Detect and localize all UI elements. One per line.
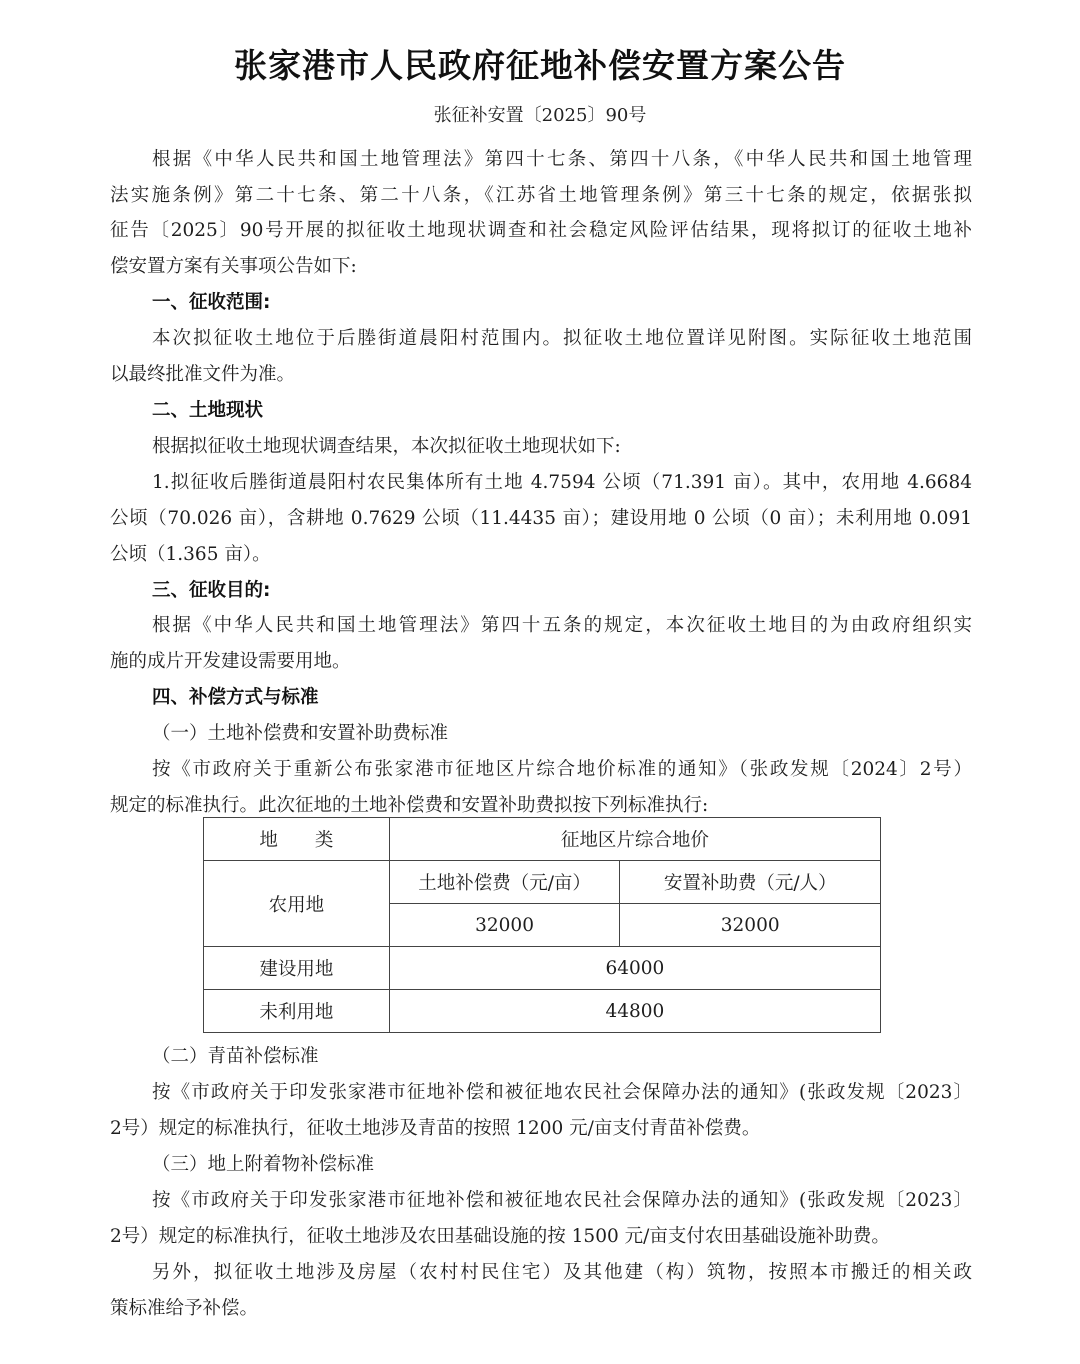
paragraph-line: 本次拟征收土地位于后塍街道晨阳村范围内。拟征收土地位置详见附图。实际征收土地范围 <box>152 324 972 350</box>
compensation-price-table: 地 类 征地区片综合地价 农用地 土地补偿费（元/亩） 安置补助费（元/人） 3… <box>203 817 881 1033</box>
paragraph-line: 公顷（1.365 亩）。 <box>110 540 972 566</box>
paragraph-line: 按《市政府关于印发张家港市征地补偿和被征地农民社会保障办法的通知》(张政发规〔2… <box>152 1186 972 1212</box>
paragraph-line: 公顷（70.026 亩），含耕地 0.7629 公顷（11.4435 亩）；建设… <box>110 504 972 530</box>
header-land-compensation: 土地补偿费（元/亩） <box>389 861 620 904</box>
intro-line: 法实施条例》第二十七条、第二十八条，《江苏省土地管理条例》第三十七条的规定，依据… <box>110 181 972 207</box>
intro-line: 偿安置方案有关事项公告如下: <box>110 252 972 278</box>
paragraph-line: 2号）规定的标准执行，征收土地涉及青苗的按照 1200 元/亩支付青苗补偿费。 <box>110 1114 972 1140</box>
subsection-heading-crops: （二）青苗补偿标准 <box>152 1042 319 1068</box>
cell-agri-land-compensation: 32000 <box>389 904 620 947</box>
document-number: 张征补安置〔2025〕90号 <box>0 101 1080 127</box>
section-heading-land-status: 二、土地现状 <box>152 396 263 422</box>
paragraph-line: 另外，拟征收土地涉及房屋（农村村民住宅）及其他建（构）筑物，按照本市搬迁的相关政 <box>152 1258 972 1284</box>
cell-unused-value: 44800 <box>389 990 880 1033</box>
paragraph-line: 施的成片开发建设需要用地。 <box>110 647 972 673</box>
document-page: 张家港市人民政府征地补偿安置方案公告 张征补安置〔2025〕90号 根据《中华人… <box>0 0 1080 1364</box>
paragraph-line: 1.拟征收后塍街道晨阳村农民集体所有土地 4.7594 公顷（71.391 亩）… <box>152 468 972 494</box>
paragraph-line: 2号）规定的标准执行，征收土地涉及农田基础设施的按 1500 元/亩支付农田基础… <box>110 1222 972 1248</box>
document-title: 张家港市人民政府征地补偿安置方案公告 <box>0 40 1080 87</box>
cell-construction-value: 64000 <box>389 947 880 990</box>
section-heading-scope: 一、征收范围: <box>152 288 270 314</box>
intro-line: 征告〔2025〕90号开展的拟征收土地现状调查和社会稳定风险评估结果，现将拟订的… <box>110 216 972 242</box>
paragraph-line: 根据拟征收土地现状调查结果，本次拟征收土地现状如下: <box>152 432 972 458</box>
header-resettlement-subsidy: 安置补助费（元/人） <box>620 861 881 904</box>
cell-agri-resettlement: 32000 <box>620 904 881 947</box>
paragraph-line: 按《市政府关于印发张家港市征地补偿和被征地农民社会保障办法的通知》(张政发规〔2… <box>152 1078 972 1104</box>
paragraph-line: 以最终批准文件为准。 <box>110 360 972 386</box>
paragraph-line: 策标准给予补偿。 <box>110 1294 972 1320</box>
header-composite-price: 征地区片综合地价 <box>389 818 880 861</box>
intro-line: 根据《中华人民共和国土地管理法》第四十七条、第四十八条，《中华人民共和国土地管理 <box>152 145 972 171</box>
header-land-type: 地 类 <box>204 818 390 861</box>
paragraph-line: 根据《中华人民共和国土地管理法》第四十五条的规定，本次征收土地目的为由政府组织实 <box>152 611 972 637</box>
section-heading-purpose: 三、征收目的: <box>152 576 270 602</box>
subsection-heading-land-comp: （一）土地补偿费和安置补助费标准 <box>152 719 448 745</box>
subsection-heading-attachments: （三）地上附着物补偿标准 <box>152 1150 374 1176</box>
paragraph-line: 按《市政府关于重新公布张家港市征地区片综合地价标准的通知》（张政发规〔2024〕… <box>152 755 972 781</box>
cell-type-agricultural: 农用地 <box>204 861 390 947</box>
section-heading-compensation: 四、补偿方式与标准 <box>152 683 319 709</box>
paragraph-line: 规定的标准执行。此次征地的土地补偿费和安置补助费拟按下列标准执行: <box>110 791 972 817</box>
cell-type-unused: 未利用地 <box>204 990 390 1033</box>
cell-type-construction: 建设用地 <box>204 947 390 990</box>
